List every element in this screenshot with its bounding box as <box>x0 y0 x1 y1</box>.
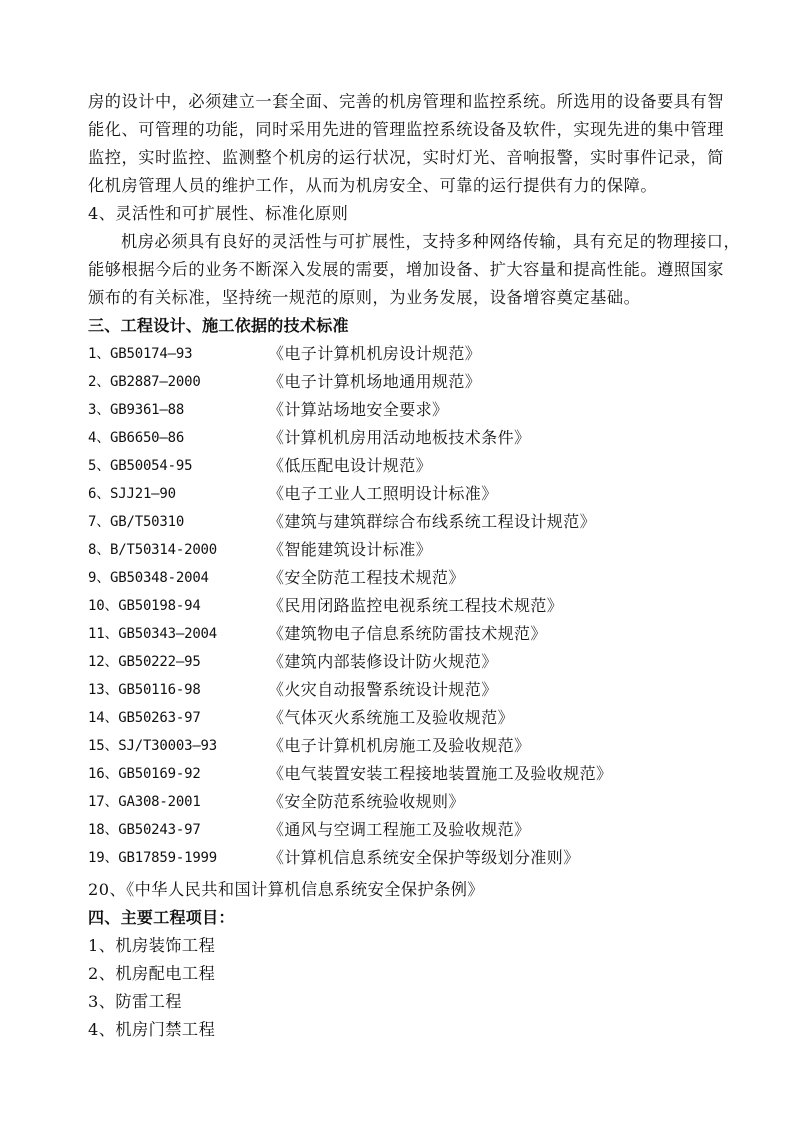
standard-code: 4、GB6650—86 <box>88 424 268 452</box>
standard-title: 《电子工业人工照明设计标准》 <box>268 480 498 508</box>
standard-code: 15、SJ/T30003—93 <box>88 732 268 760</box>
standard-title: 《计算站场地安全要求》 <box>268 396 448 424</box>
standard-title: 《智能建筑设计标准》 <box>268 536 432 564</box>
standard-item: 6、SJJ21—90《电子工业人工照明设计标准》 <box>88 480 716 508</box>
standard-item: 15、SJ/T30003—93《电子计算机机房施工及验收规范》 <box>88 732 716 760</box>
standard-code: 7、GB/T50310 <box>88 508 268 536</box>
section-3: 三、工程设计、施工依据的技术标准 1、GB50174—93《电子计算机机房设计规… <box>88 312 716 904</box>
standard-title: 《电子计算机机房施工及验收规范》 <box>268 732 530 760</box>
document-page: 房的设计中，必须建立一套全面、完善的机房管理和监控系统。所选用的设备要具有智 能… <box>88 88 716 1044</box>
standard-item: 4、GB6650—86《计算机机房用活动地板技术条件》 <box>88 424 716 452</box>
paragraph-line: 机房必须具有良好的灵活性与可扩展性，支持多种网络传输，具有充足的物理接口， <box>88 228 716 256</box>
standard-item: 12、GB50222—95《建筑内部装修设计防火规范》 <box>88 648 716 676</box>
standard-code: 1、GB50174—93 <box>88 340 268 368</box>
paragraph-line: 能化、可管理的功能，同时采用先进的管理监控系统设备及软件，实现先进的集中管理 <box>88 116 716 144</box>
standard-title: 《民用闭路监控电视系统工程技术规范》 <box>268 592 563 620</box>
paragraph-line: 化机房管理人员的维护工作，从而为机房安全、可靠的运行提供有力的保障。 <box>88 172 716 200</box>
standard-item: 19、GB17859-1999《计算机信息系统安全保护等级划分准则》 <box>88 844 716 872</box>
standard-title: 《通风与空调工程施工及验收规范》 <box>268 816 530 844</box>
standard-item-20: 20、《中华人民共和国计算机信息系统安全保护条例》 <box>88 876 716 904</box>
standard-title: 《安全防范工程技术规范》 <box>268 564 465 592</box>
project-item: 2、机房配电工程 <box>88 960 716 988</box>
principle-title: 4、灵活性和可扩展性、标准化原则 <box>88 200 716 228</box>
paragraph-line: 房的设计中，必须建立一套全面、完善的机房管理和监控系统。所选用的设备要具有智 <box>88 88 716 116</box>
standard-code: 18、GB50243-97 <box>88 816 268 844</box>
standard-item: 3、GB9361—88《计算站场地安全要求》 <box>88 396 716 424</box>
standard-item: 7、GB/T50310《建筑与建筑群综合布线系统工程设计规范》 <box>88 508 716 536</box>
paragraph-line: 颁布的有关标准，坚持统一规范的原则，为业务发展，设备增容奠定基础。 <box>88 284 716 312</box>
standard-item: 14、GB50263-97《气体灭火系统施工及验收规范》 <box>88 704 716 732</box>
standard-title: 《气体灭火系统施工及验收规范》 <box>268 704 514 732</box>
standard-code: 5、GB50054-95 <box>88 452 268 480</box>
standard-code: 6、SJJ21—90 <box>88 480 268 508</box>
standard-item: 5、GB50054-95《低压配电设计规范》 <box>88 452 716 480</box>
standard-item: 2、GB2887—2000《电子计算机场地通用规范》 <box>88 368 716 396</box>
standard-title: 《计算机机房用活动地板技术条件》 <box>268 424 530 452</box>
standard-title: 《低压配电设计规范》 <box>268 452 432 480</box>
standard-title: 《计算机信息系统安全保护等级划分准则》 <box>268 844 580 872</box>
paragraph-line: 能够根据今后的业务不断深入发展的需要，增加设备、扩大容量和提高性能。遵照国家 <box>88 256 716 284</box>
paragraph-line: 监控，实时监控、监测整个机房的运行状况，实时灯光、音响报警，实时事件记录，简 <box>88 144 716 172</box>
standard-title: 《火灾自动报警系统设计规范》 <box>268 676 498 704</box>
standard-code: 12、GB50222—95 <box>88 648 268 676</box>
standard-item: 11、GB50343—2004《建筑物电子信息系统防雷技术规范》 <box>88 620 716 648</box>
standard-code: 8、B/T50314-2000 <box>88 536 268 564</box>
standard-code: 16、GB50169-92 <box>88 760 268 788</box>
standard-title: 《电气装置安装工程接地装置施工及验收规范》 <box>268 760 612 788</box>
standard-title: 《建筑物电子信息系统防雷技术规范》 <box>268 620 547 648</box>
standard-item: 8、B/T50314-2000《智能建筑设计标准》 <box>88 536 716 564</box>
standard-item: 1、GB50174—93《电子计算机机房设计规范》 <box>88 340 716 368</box>
project-item: 3、防雷工程 <box>88 988 716 1016</box>
standard-code: 19、GB17859-1999 <box>88 844 268 872</box>
standard-code: 13、GB50116-98 <box>88 676 268 704</box>
standard-code: 2、GB2887—2000 <box>88 368 268 396</box>
section-4: 四、主要工程项目： 1、机房装饰工程 2、机房配电工程 3、防雷工程 4、机房门… <box>88 904 716 1044</box>
standard-item: 13、GB50116-98《火灾自动报警系统设计规范》 <box>88 676 716 704</box>
principle-4: 4、灵活性和可扩展性、标准化原则 机房必须具有良好的灵活性与可扩展性，支持多种网… <box>88 200 716 312</box>
standard-title: 《安全防范系统验收规则》 <box>268 788 465 816</box>
project-item: 1、机房装饰工程 <box>88 932 716 960</box>
standard-code: 17、GA308-2001 <box>88 788 268 816</box>
project-item: 4、机房门禁工程 <box>88 1016 716 1044</box>
standard-code: 11、GB50343—2004 <box>88 620 268 648</box>
section-heading: 四、主要工程项目： <box>88 904 716 932</box>
standards-list: 1、GB50174—93《电子计算机机房设计规范》 2、GB2887—2000《… <box>88 340 716 904</box>
standard-code: 10、GB50198-94 <box>88 592 268 620</box>
standard-code: 9、GB50348-2004 <box>88 564 268 592</box>
standard-title: 《建筑与建筑群综合布线系统工程设计规范》 <box>268 508 596 536</box>
standard-title: 《建筑内部装修设计防火规范》 <box>268 648 498 676</box>
standard-title: 《电子计算机机房设计规范》 <box>268 340 481 368</box>
standard-code: 14、GB50263-97 <box>88 704 268 732</box>
standard-code: 3、GB9361—88 <box>88 396 268 424</box>
standard-item: 17、GA308-2001《安全防范系统验收规则》 <box>88 788 716 816</box>
section-heading: 三、工程设计、施工依据的技术标准 <box>88 312 716 340</box>
standard-item: 9、GB50348-2004《安全防范工程技术规范》 <box>88 564 716 592</box>
standard-item: 18、GB50243-97《通风与空调工程施工及验收规范》 <box>88 816 716 844</box>
standard-item: 10、GB50198-94《民用闭路监控电视系统工程技术规范》 <box>88 592 716 620</box>
intro-paragraph: 房的设计中，必须建立一套全面、完善的机房管理和监控系统。所选用的设备要具有智 能… <box>88 88 716 200</box>
standard-title: 《电子计算机场地通用规范》 <box>268 368 481 396</box>
standard-item: 16、GB50169-92《电气装置安装工程接地装置施工及验收规范》 <box>88 760 716 788</box>
